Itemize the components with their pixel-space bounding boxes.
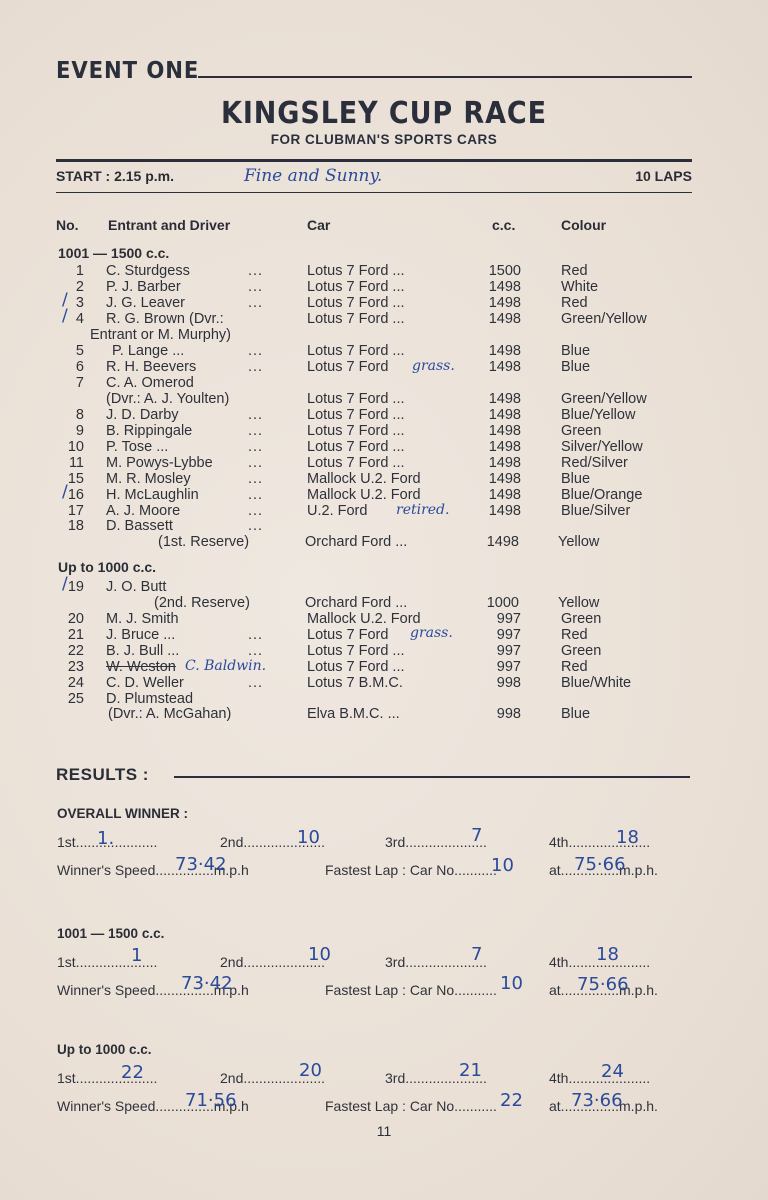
car-name: Lotus 7 Ford ... <box>307 455 405 471</box>
entry-number: 25 <box>54 691 84 707</box>
car-name: Elva B.M.C. ... <box>307 706 400 722</box>
entrant-name: J. Bruce ... <box>106 627 175 643</box>
car-colour: Red <box>561 659 588 675</box>
fourth-place-value: 18 <box>596 944 619 965</box>
engine-cc: 998 <box>476 706 521 722</box>
fastest-lap-label: Fastest Lap : Car No........... <box>325 1098 497 1114</box>
results-block-title: 1001 — 1500 c.c. <box>57 926 164 941</box>
entrant-name: P. Lange ... <box>112 343 184 359</box>
engine-cc: 997 <box>476 643 521 659</box>
fastest-lap-car-value: 22 <box>500 1090 523 1111</box>
handwritten-note: grass. <box>412 358 455 374</box>
lap-count: 10 LAPS <box>635 168 692 184</box>
entrant-name: A. J. Moore <box>106 503 180 519</box>
reserve-note: (2nd. Reserve) <box>154 595 250 611</box>
entrant-name-struck: W. Weston <box>106 659 176 675</box>
car-colour: Blue/Silver <box>561 503 630 519</box>
entry-row: 1 C. Sturdgess ... Lotus 7 Ford ... 1500… <box>0 263 768 279</box>
entry-row: 7 C. A. Omerod <box>0 375 768 391</box>
fastest-lap-speed-value: 75·66 <box>574 854 626 875</box>
handwritten-cross-mark-icon: / <box>62 308 68 324</box>
entry-row: 2 P. J. Barber ... Lotus 7 Ford ... 1498… <box>0 279 768 295</box>
car-name: Lotus 7 Ford ... <box>307 659 405 675</box>
fourth-place-value: 18 <box>616 827 639 848</box>
car-colour: Blue/Yellow <box>561 407 635 423</box>
entrant-name: B. Rippingale <box>106 423 192 439</box>
driver-note: Entrant or M. Murphy) <box>90 327 231 343</box>
page-number: 11 <box>0 1123 768 1139</box>
car-name: Lotus 7 Ford ... <box>307 391 405 407</box>
leader-dots: ... <box>248 295 263 311</box>
entry-number: 2 <box>54 279 84 295</box>
race-title: KINGSLEY CUP RACE <box>38 96 729 131</box>
engine-cc: 1498 <box>476 423 521 439</box>
third-place-value: 7 <box>471 944 482 965</box>
entry-number: 18 <box>54 518 84 534</box>
entrant-name: J. O. Butt <box>106 579 166 595</box>
entry-row: 24 C. D. Weller ... Lotus 7 B.M.C. 998 B… <box>0 675 768 691</box>
entrant-name: D. Plumstead <box>106 691 193 707</box>
entry-row: 20 M. J. Smith Mallock U.2. Ford 997 Gre… <box>0 611 768 627</box>
entry-row-continuation: (Dvr.: A. J. Youlten) Lotus 7 Ford ... 1… <box>0 391 768 407</box>
entry-number: 6 <box>54 359 84 375</box>
divider <box>174 776 690 778</box>
entrant-name: P. Tose ... <box>106 439 168 455</box>
third-place-value: 7 <box>471 825 482 846</box>
leader-dots: ... <box>248 518 263 534</box>
entry-row: 5 P. Lange ... ... Lotus 7 Ford ... 1498… <box>0 343 768 359</box>
car-colour: Green <box>561 643 601 659</box>
fastest-lap-car-value: 10 <box>500 973 523 994</box>
car-name: Mallock U.2. Ford <box>307 471 421 487</box>
entry-number: 11 <box>54 455 84 471</box>
leader-dots: ... <box>248 343 263 359</box>
entrant-name: R. H. Beevers <box>106 359 196 375</box>
entry-number: 8 <box>54 407 84 423</box>
entry-row: 8 J. D. Darby ... Lotus 7 Ford ... 1498 … <box>0 407 768 423</box>
results-title: RESULTS : <box>56 765 149 785</box>
entry-number: 7 <box>54 375 84 391</box>
engine-cc: 1498 <box>474 534 519 550</box>
entry-row: 6 R. H. Beevers ... Lotus 7 Ford grass. … <box>0 359 768 375</box>
entrant-name: D. Bassett <box>106 518 173 534</box>
first-place-value: 22 <box>121 1062 144 1083</box>
entry-number: 10 <box>54 439 84 455</box>
leader-dots: ... <box>248 503 263 519</box>
first-place-value: 1 <box>131 945 142 966</box>
car-name: Lotus 7 Ford ... <box>307 343 405 359</box>
entry-row: 18 D. Bassett ... <box>0 518 768 534</box>
engine-cc: 1498 <box>476 439 521 455</box>
second-place-value: 20 <box>299 1060 322 1081</box>
entry-number: 24 <box>54 675 84 691</box>
fastest-lap-label: Fastest Lap : Car No........... <box>325 862 497 878</box>
entry-row-continuation: Entrant or M. Murphy) <box>0 327 768 343</box>
car-colour: Yellow <box>558 534 599 550</box>
car-colour: Red <box>561 295 588 311</box>
car-name: Lotus 7 Ford ... <box>307 311 405 327</box>
car-colour: Green/Yellow <box>561 391 647 407</box>
driver-note: (Dvr.: A. McGahan) <box>108 706 231 722</box>
entrant-name: M. R. Mosley <box>106 471 191 487</box>
entrant-name: M. Powys-Lybbe <box>106 455 213 471</box>
entry-number: 1 <box>54 263 84 279</box>
fastest-lap-car-value: 10 <box>491 855 514 876</box>
entry-row-continuation: (2nd. Reserve) Orchard Ford ... 1000 Yel… <box>0 595 768 611</box>
engine-cc: 1498 <box>476 343 521 359</box>
entry-row: 22 B. J. Bull ... ... Lotus 7 Ford ... 9… <box>0 643 768 659</box>
results-block-title: OVERALL WINNER : <box>57 806 188 821</box>
car-name: U.2. Ford <box>307 503 367 519</box>
engine-cc: 1498 <box>476 279 521 295</box>
car-name: Lotus 7 Ford ... <box>307 279 405 295</box>
divider <box>198 76 692 78</box>
engine-cc: 1498 <box>476 471 521 487</box>
entry-row: 21 J. Bruce ... ... Lotus 7 Ford grass. … <box>0 627 768 643</box>
entry-row: 25 D. Plumstead <box>0 691 768 707</box>
car-colour: Red/Silver <box>561 455 628 471</box>
entrant-name: B. J. Bull ... <box>106 643 179 659</box>
entry-row: 16 / H. McLaughlin ... Mallock U.2. Ford… <box>0 487 768 503</box>
leader-dots: ... <box>248 643 263 659</box>
first-place-value: 1. <box>97 828 114 849</box>
entry-number: 16 <box>54 487 84 503</box>
leader-dots: ... <box>248 627 263 643</box>
car-colour: Red <box>561 263 588 279</box>
race-subtitle: FOR CLUBMAN'S SPORTS CARS <box>0 132 768 147</box>
results-block-title: Up to 1000 c.c. <box>57 1042 152 1057</box>
handwritten-note: grass. <box>410 625 453 641</box>
event-label: EVENT ONE <box>56 58 199 84</box>
entry-row: 9 B. Rippingale ... Lotus 7 Ford ... 149… <box>0 423 768 439</box>
car-name: Lotus 7 Ford ... <box>307 439 405 455</box>
entry-number: 22 <box>54 643 84 659</box>
column-header-car: Car <box>307 217 330 233</box>
handwritten-note: retired. <box>396 502 449 518</box>
leader-dots: ... <box>248 359 263 375</box>
entrant-name: C. A. Omerod <box>106 375 194 391</box>
column-header-entrant: Entrant and Driver <box>108 217 230 233</box>
entry-row: 15 M. R. Mosley ... Mallock U.2. Ford 14… <box>0 471 768 487</box>
engine-cc: 1498 <box>476 295 521 311</box>
car-name: Lotus 7 Ford ... <box>307 295 405 311</box>
leader-dots: ... <box>248 263 263 279</box>
leader-dots: ... <box>248 675 263 691</box>
entry-number: 9 <box>54 423 84 439</box>
entry-number: 15 <box>54 471 84 487</box>
entry-number: 4 <box>54 311 84 327</box>
entry-row: 23 W. Weston C. Baldwin. Lotus 7 Ford ..… <box>0 659 768 675</box>
leader-dots: ... <box>248 455 263 471</box>
car-colour: Green <box>561 423 601 439</box>
entry-number: 19 <box>54 579 84 595</box>
column-header-cc: c.c. <box>492 217 515 233</box>
car-name: Lotus 7 Ford ... <box>307 423 405 439</box>
divider <box>56 159 692 162</box>
driver-note: (Dvr.: A. J. Youlten) <box>106 391 229 407</box>
second-place-value: 10 <box>297 827 320 848</box>
handwritten-cross-mark-icon: / <box>62 576 68 592</box>
car-name: Lotus 7 B.M.C. <box>307 675 403 691</box>
car-colour: Blue <box>561 343 590 359</box>
fastest-lap-speed-value: 75·66 <box>577 974 629 995</box>
car-name: Orchard Ford ... <box>305 534 407 550</box>
car-colour: Silver/Yellow <box>561 439 643 455</box>
winner-speed-value: 71·56 <box>185 1090 237 1111</box>
car-name: Lotus 7 Ford ... <box>307 643 405 659</box>
car-name: Orchard Ford ... <box>305 595 407 611</box>
third-place-value: 21 <box>459 1060 482 1081</box>
class-header: 1001 — 1500 c.c. <box>58 245 169 261</box>
start-time: START : 2.15 p.m. <box>56 168 174 184</box>
fourth-label: 4th..................... <box>549 1070 650 1086</box>
leader-dots: ... <box>248 423 263 439</box>
engine-cc: 1498 <box>476 359 521 375</box>
entry-row-continuation: (1st. Reserve) Orchard Ford ... 1498 Yel… <box>0 534 768 550</box>
engine-cc: 1498 <box>476 311 521 327</box>
entry-row: 19 / J. O. Butt <box>0 579 768 595</box>
entrant-name: H. McLaughlin <box>106 487 199 503</box>
entrant-name: C. D. Weller <box>106 675 184 691</box>
engine-cc: 997 <box>476 611 521 627</box>
entry-number: 21 <box>54 627 84 643</box>
handwritten-replacement-driver: C. Baldwin. <box>185 658 266 674</box>
engine-cc: 1000 <box>474 595 519 611</box>
leader-dots: ... <box>248 471 263 487</box>
car-colour: Blue <box>561 359 590 375</box>
car-colour: Blue <box>561 471 590 487</box>
reserve-note: (1st. Reserve) <box>158 534 249 550</box>
column-header-no: No. <box>56 217 79 233</box>
car-colour: White <box>561 279 598 295</box>
entrant-name: P. J. Barber <box>106 279 181 295</box>
car-colour: Blue <box>561 706 590 722</box>
car-colour: Green/Yellow <box>561 311 647 327</box>
winner-speed-value: 73·42 <box>175 854 227 875</box>
car-name: Mallock U.2. Ford <box>307 611 421 627</box>
car-name: Lotus 7 Ford <box>307 359 388 375</box>
entry-row-continuation: (Dvr.: A. McGahan) Elva B.M.C. ... 998 B… <box>0 706 768 722</box>
handwritten-cross-mark-icon: / <box>62 484 68 500</box>
car-colour: Green <box>561 611 601 627</box>
fourth-place-value: 24 <box>601 1061 624 1082</box>
engine-cc: 997 <box>476 627 521 643</box>
entrant-name: J. D. Darby <box>106 407 179 423</box>
entrant-name: M. J. Smith <box>106 611 179 627</box>
winner-speed-value: 73·42 <box>181 973 233 994</box>
fastest-lap-speed-value: 73·66 <box>571 1090 623 1111</box>
engine-cc: 997 <box>476 659 521 675</box>
entry-row: 17 A. J. Moore ... U.2. Ford retired. 14… <box>0 503 768 519</box>
engine-cc: 1498 <box>476 503 521 519</box>
leader-dots: ... <box>248 439 263 455</box>
car-colour: Yellow <box>558 595 599 611</box>
car-colour: Red <box>561 627 588 643</box>
handwritten-weather-note: Fine and Sunny. <box>244 166 382 186</box>
entrant-name: C. Sturdgess <box>106 263 190 279</box>
entrant-name: J. G. Leaver <box>106 295 185 311</box>
second-place-value: 10 <box>308 944 331 965</box>
entry-number: 5 <box>54 343 84 359</box>
leader-dots: ... <box>248 279 263 295</box>
car-colour: Blue/Orange <box>561 487 642 503</box>
car-name: Lotus 7 Ford ... <box>307 407 405 423</box>
entry-number: 3 <box>54 295 84 311</box>
entry-number: 20 <box>54 611 84 627</box>
column-header-colour: Colour <box>561 217 606 233</box>
engine-cc: 1498 <box>476 391 521 407</box>
car-colour: Blue/White <box>561 675 631 691</box>
car-name: Lotus 7 Ford <box>307 627 388 643</box>
entry-row: 4 / R. G. Brown (Dvr.: Lotus 7 Ford ... … <box>0 311 768 327</box>
engine-cc: 1498 <box>476 407 521 423</box>
class-header: Up to 1000 c.c. <box>58 559 156 575</box>
entry-number: 17 <box>54 503 84 519</box>
engine-cc: 1498 <box>476 487 521 503</box>
engine-cc: 998 <box>476 675 521 691</box>
entry-row: 3 / J. G. Leaver ... Lotus 7 Ford ... 14… <box>0 295 768 311</box>
leader-dots: ... <box>248 487 263 503</box>
entry-row: 11 M. Powys-Lybbe ... Lotus 7 Ford ... 1… <box>0 455 768 471</box>
entry-row: 10 P. Tose ... ... Lotus 7 Ford ... 1498… <box>0 439 768 455</box>
divider <box>56 192 692 193</box>
fastest-lap-label: Fastest Lap : Car No........... <box>325 982 497 998</box>
leader-dots: ... <box>248 407 263 423</box>
entrant-name: R. G. Brown (Dvr.: <box>106 311 224 327</box>
engine-cc: 1498 <box>476 455 521 471</box>
engine-cc: 1500 <box>476 263 521 279</box>
car-name: Lotus 7 Ford ... <box>307 263 405 279</box>
entry-number: 23 <box>54 659 84 675</box>
car-name: Mallock U.2. Ford <box>307 487 421 503</box>
